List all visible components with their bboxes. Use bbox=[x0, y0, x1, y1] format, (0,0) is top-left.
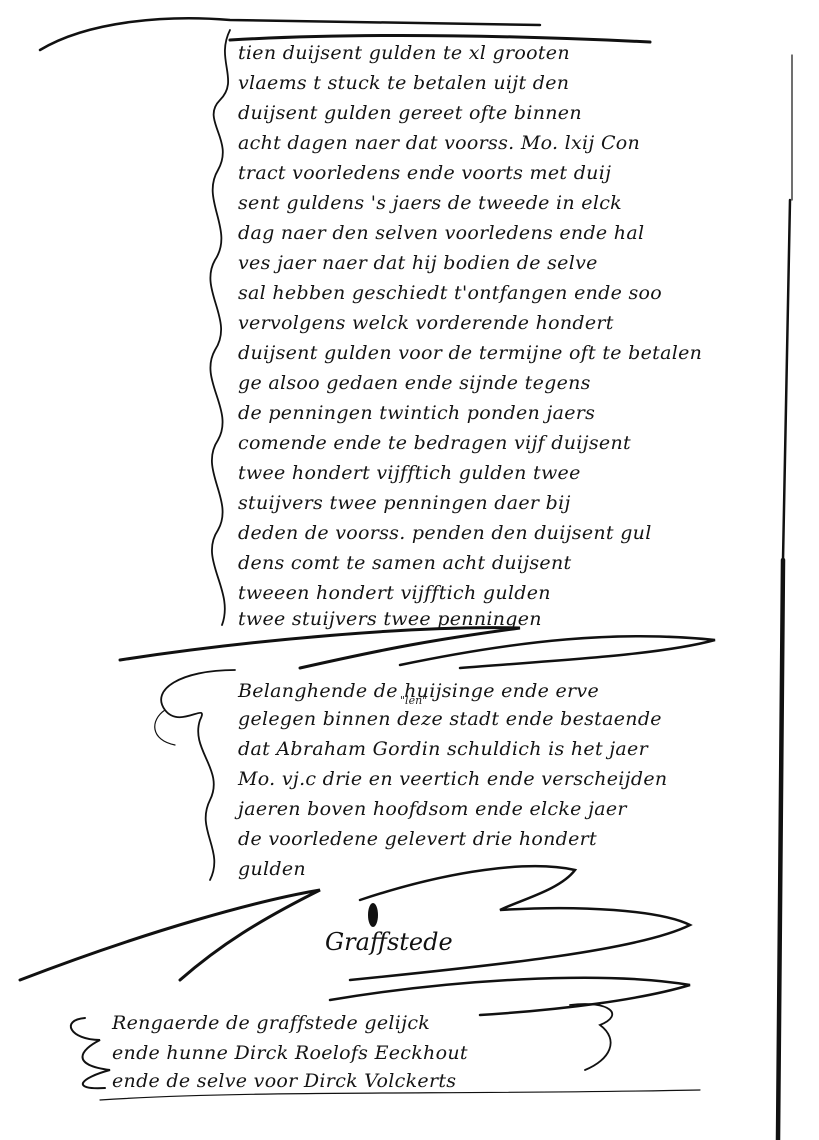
text-line: gulden bbox=[238, 858, 306, 880]
text-line: Rengaerde de graffstede gelijck bbox=[112, 1012, 430, 1034]
signature-flourish-right bbox=[350, 866, 690, 980]
text-line: dat Abraham Gordin schuldich is het jaer bbox=[238, 738, 648, 760]
left-bracket-3 bbox=[71, 1018, 110, 1088]
text-line: ende de selve voor Dirck Volckerts bbox=[112, 1070, 456, 1092]
text-line: vervolgens welck vorderende hondert bbox=[238, 312, 614, 334]
text-line: stuijvers twee penningen daer bij bbox=[238, 492, 571, 514]
text-line: jaeren boven hoofdsom ende elcke jaer bbox=[238, 798, 627, 820]
text-line: duijsent gulden gereet ofte binnen bbox=[238, 102, 582, 124]
signature-flourish-left bbox=[20, 890, 320, 980]
text-line: tract voorledens ende voorts met duij bbox=[238, 162, 611, 184]
text-line: sent guldens 's jaers de tweede in elck bbox=[238, 192, 622, 214]
right-margin-rule bbox=[778, 560, 783, 1140]
text-line: twee stuijvers twee penningen bbox=[238, 608, 542, 630]
text-line: ge alsoo gedaen ende sijnde tegens bbox=[238, 372, 591, 394]
text-line: ende hunne Dirck Roelofs Eeckhout bbox=[112, 1042, 468, 1064]
left-bracket-2 bbox=[161, 670, 235, 880]
text-line: ves jaer naer dat hij bodien de selve bbox=[238, 252, 598, 274]
interlinear-note: "len" bbox=[400, 694, 427, 707]
separator-flourish bbox=[120, 628, 520, 668]
manuscript-page: tien duijsent gulden te xl grooten vlaem… bbox=[0, 0, 819, 1140]
text-line: tien duijsent gulden te xl grooten bbox=[238, 42, 570, 64]
signature: Graffstede bbox=[325, 928, 453, 956]
text-line: de voorledene gelevert drie hondert bbox=[238, 828, 597, 850]
text-line: tweeen hondert vijfftich gulden bbox=[238, 582, 551, 604]
text-line: vlaems t stuck te betalen uijt den bbox=[238, 72, 569, 94]
text-line: deden de voorss. penden den duijsent gul bbox=[238, 522, 652, 544]
text-line: twee hondert vijfftich gulden twee bbox=[238, 462, 581, 484]
text-line: de penningen twintich ponden jaers bbox=[238, 402, 595, 424]
text-line: comende ende te bedragen vijf duijsent bbox=[238, 432, 631, 454]
ink-blot bbox=[368, 903, 378, 927]
left-bracket-1 bbox=[210, 30, 230, 625]
text-line: acht dagen naer dat voorss. Mo. lxij Con bbox=[238, 132, 640, 154]
text-line: gelegen binnen deze stadt ende bestaende bbox=[238, 708, 662, 730]
text-line: duijsent gulden voor de termijne oft te … bbox=[238, 342, 702, 364]
text-line: dens comt te samen acht duijsent bbox=[238, 552, 571, 574]
text-line: sal hebben geschiedt t'ontfangen ende so… bbox=[238, 282, 662, 304]
text-line: Mo. vj.c drie en veertich ende verscheij… bbox=[238, 768, 667, 790]
text-line: dag naer den selven voorledens ende hal bbox=[238, 222, 644, 244]
